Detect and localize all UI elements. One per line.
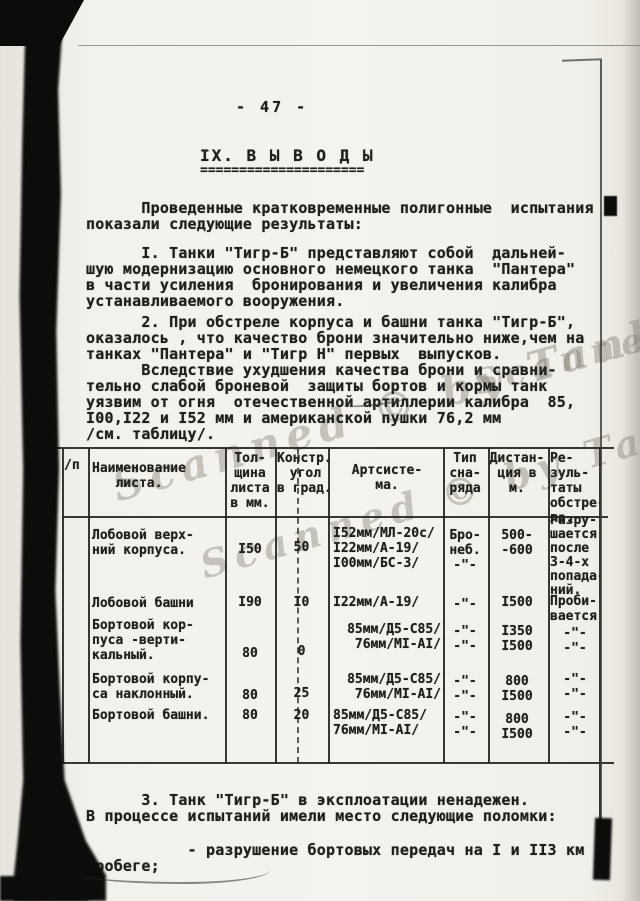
table-cell-thickness: I90 xyxy=(227,595,273,610)
table-cell-gun: 85мм/Д5-С85/ 76мм/МI-АI/ xyxy=(333,622,441,652)
title-underline: ===================== xyxy=(200,163,364,179)
table-cell-name: Бортовой башни. xyxy=(92,708,224,723)
table-cell-shell: -"- -"- xyxy=(444,710,486,740)
table-cell-thickness: I50 xyxy=(227,542,273,557)
header-name: Наименование листа. xyxy=(92,461,224,491)
table-cell-thickness: 80 xyxy=(227,688,273,703)
table-cell-distance: 500- -600 xyxy=(489,528,545,558)
table-cell-result: -"- -"- xyxy=(550,672,600,702)
paragraph-intro: Проведенные кратковременные полигонные и… xyxy=(86,200,624,232)
table-cell-distance: I500 xyxy=(489,595,545,610)
table-cell-shell: -"- -"- xyxy=(444,674,486,704)
table-cell-distance: 800 I500 xyxy=(489,712,545,742)
scanner-shadow-band xyxy=(14,38,106,901)
scan-line-top xyxy=(78,45,640,46)
header-shell: Тип сна- ряда xyxy=(444,451,486,496)
paragraph-point1: I. Танки "Тигр-Б" представляют собой дал… xyxy=(86,245,624,309)
table-bottom-border xyxy=(56,762,614,764)
table-cell-gun: I52мм/МЛ-20с/ I22мм/А-19/ I00мм/БС-3/ xyxy=(333,526,441,571)
table-cell-name: Бортовой корпу- са наклонный. xyxy=(92,672,224,702)
table-cell-angle: 0 xyxy=(277,644,326,659)
paragraph-point2: 2. При обстреле корпуса и башни танка "Т… xyxy=(86,314,624,442)
table-cell-gun: 85мм/Д5-С85/ 76мм/МI-АI/ xyxy=(333,672,441,702)
table-cell-result: -"- -"- xyxy=(550,710,600,740)
table-cell-name: Лобовой верх- ний корпуса. xyxy=(92,528,224,558)
table-cell-name: Лобовой башни xyxy=(92,596,224,611)
page-edge-top-right xyxy=(562,58,602,61)
table-cell-gun: I22мм/А-19/ xyxy=(333,595,441,610)
paper-edge-shading xyxy=(622,0,640,901)
table-cell-distance: 800 I500 xyxy=(489,674,545,704)
scanned-page: Scanned © by TankBro Scanned © by TankBr… xyxy=(0,0,640,901)
page-number: - 47 - xyxy=(236,99,308,115)
table-cell-result: Разру- шается после 3-4-х попада- ний. xyxy=(550,514,600,598)
header-gun: Артсисте- ма. xyxy=(333,463,441,493)
table-cell-thickness: 80 xyxy=(227,646,273,661)
header-thickness: Тол- щина листа в мм. xyxy=(227,451,273,511)
table-cell-result: Проби- вается xyxy=(550,594,600,624)
page-edge-right xyxy=(600,60,602,875)
table-cell-angle: 20 xyxy=(277,708,326,723)
table-header-border xyxy=(62,516,608,518)
header-distance: Дистан- ция в м. xyxy=(489,451,545,496)
table-cell-angle: 50 xyxy=(277,540,326,555)
table-cell-result: -"- -"- xyxy=(550,626,600,656)
table-cell-name: Бортовой кор- пуса -верти- кальный. xyxy=(92,618,224,663)
ink-blot-right xyxy=(604,196,617,216)
table-cell-shell: -"- xyxy=(444,597,486,612)
table-cell-angle: 25 xyxy=(277,686,326,701)
scanner-shadow-bottom xyxy=(0,876,88,901)
ink-blot-bottom-right xyxy=(593,818,612,881)
table-cell-distance: I350 I500 xyxy=(489,624,545,654)
table-cell-angle: I0 xyxy=(277,595,326,610)
table-cell-shell: Бро- неб. -"- xyxy=(444,528,486,573)
header-angle: Констр. угол в град. xyxy=(277,451,326,496)
table-top-border xyxy=(56,447,614,449)
table-cell-thickness: 80 xyxy=(227,708,273,723)
paragraph-point3: 3. Танк "Тигр-Б" в эксплоатации ненадеже… xyxy=(86,792,624,824)
section-title: IX. В Ы В О Д Ы xyxy=(200,148,375,164)
table-cell-shell: -"- -"- xyxy=(444,624,486,654)
page-edge-bottom-curve xyxy=(80,866,270,884)
table-cell-gun: 85мм/Д5-С85/ 76мм/МI-АI/ xyxy=(333,708,441,738)
